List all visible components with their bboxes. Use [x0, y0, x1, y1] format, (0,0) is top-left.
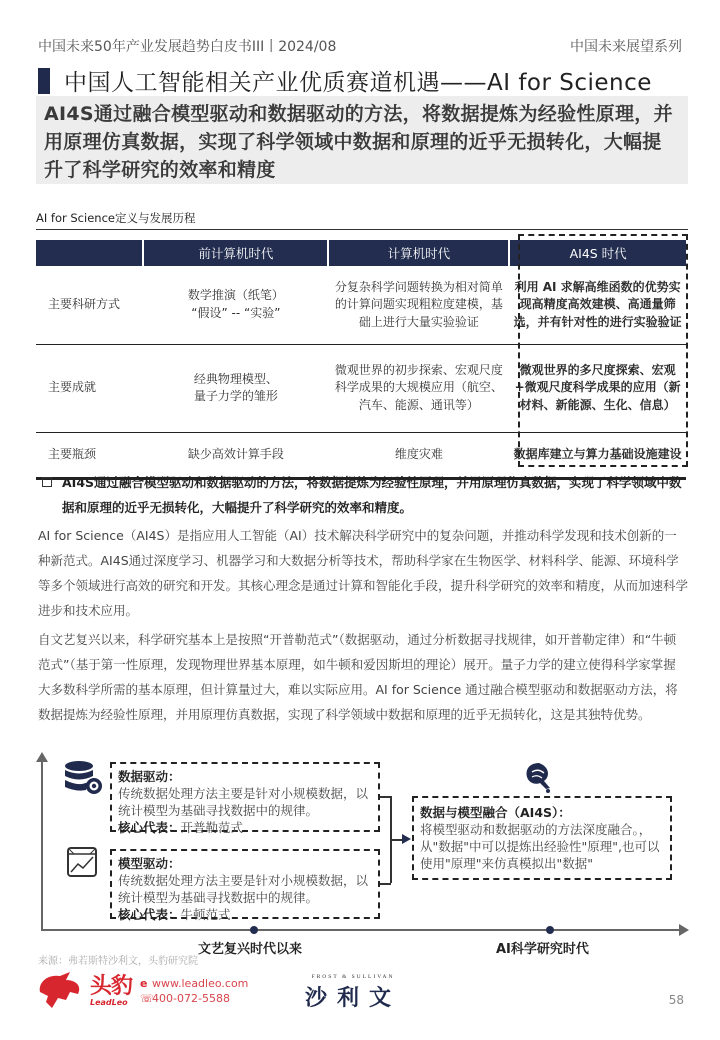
title-accent-bar	[38, 68, 50, 94]
timeline-dot	[546, 926, 554, 934]
database-gear-icon	[64, 760, 104, 800]
comparison-table-wrap: 前计算机时代 计算机时代 AI4S 时代 主要科研方式 数学推演（纸笔） “假设…	[36, 240, 686, 480]
table-header-pre-computer: 前计算机时代	[143, 240, 328, 266]
phone-number: 400-072-5588	[152, 992, 230, 1005]
x-axis	[41, 929, 681, 931]
source-note: 来源：弗若斯特沙利文，头豹研究院	[38, 952, 198, 967]
leadleo-en-name: LeadLeo	[90, 998, 132, 1007]
key-point-bullet: AI4S通过融合模型驱动和数据驱动的方法，将数据提炼为经验性原理，并用原理仿真数…	[40, 470, 690, 520]
leadleo-logo: 头豹 LeadLeo ewww.leadleo.com ☏400-072-558…	[36, 970, 248, 1012]
report-title: 中国未来50年产业发展趋势白皮书III丨2024/08	[38, 36, 336, 56]
y-axis	[41, 760, 43, 930]
row-label: 主要科研方式	[36, 266, 143, 344]
data-driven-title: 数据驱动：	[118, 769, 181, 784]
model-driven-rep-label: 核心代表：	[118, 907, 181, 922]
cell-ai4s: 利用 AI 求解高维函数的优势实现高精度高效建模、高通量筛选，并有针对性的进行实…	[509, 266, 686, 344]
data-driven-desc: 传统数据处理方法主要是针对小规模数据，以统计模型为基础寻找数据中的规律。	[118, 786, 368, 818]
page-number: 58	[669, 993, 684, 1007]
cell-computer: 微观世界的初步探索、宏观尺度科学成果的大规模应用（航空、汽车、能源、通讯等）	[328, 344, 509, 432]
data-driven-box: 数据驱动： 传统数据处理方法主要是针对小规模数据，以统计模型为基础寻找数据中的规…	[110, 762, 380, 832]
summary-text: AI4S通过融合模型驱动和数据驱动的方法，将数据提炼为经验性原理，并用原理仿真数…	[44, 100, 680, 184]
checkbox-bullet-icon	[42, 477, 52, 487]
cell-text: 数学推演（纸笔） “假设” -- “实验”	[188, 288, 284, 320]
paragraph-definition: AI for Science（AI4S）是指应用人工智能（AI）技术解决科学研究…	[38, 523, 688, 623]
frost-sullivan-logo: FROST & SULLIVAN 沙利文	[305, 974, 401, 1012]
cell-text: 经典物理模型、 量子力学的雏形	[194, 372, 278, 404]
paradigm-diagram: 数据驱动： 传统数据处理方法主要是针对小规模数据，以统计模型为基础寻找数据中的规…	[36, 752, 690, 952]
x-axis-arrow-icon	[679, 924, 689, 936]
paragraph-history: 自文艺复兴以来，科学研究基本上是按照“开普勒范式”（数据驱动，通过分析数据寻找规…	[38, 627, 688, 727]
fs-en-name: FROST & SULLIVAN	[305, 974, 401, 980]
summary-box: AI4S通过融合模型驱动和数据驱动的方法，将数据提炼为经验性原理，并用原理仿真数…	[36, 96, 688, 184]
cell-pre-computer: 经典物理模型、 量子力学的雏形	[143, 344, 328, 432]
cell-ai4s: 微观世界的多尺度探索、宏观+微观尺度科学成果的应用（新材料、新能源、生化、信息）	[509, 344, 686, 432]
phone-icon: ☏	[140, 991, 152, 1006]
series-name: 中国未来展望系列	[570, 36, 682, 56]
key-point-text: AI4S通过融合模型驱动和数据驱动的方法，将数据提炼为经验性原理，并用原理仿真数…	[62, 475, 682, 515]
table-header-empty	[36, 240, 143, 266]
table-row: 主要科研方式 数学推演（纸笔） “假设” -- “实验” 分复杂科学问题转换为相…	[36, 266, 686, 344]
model-driven-desc: 传统数据处理方法主要是针对小规模数据，以统计模型为基础寻找数据中的规律。	[118, 873, 368, 905]
web-icon: e	[140, 976, 152, 991]
axis-label-renaissance: 文艺复兴时代以来	[198, 938, 302, 957]
table-header-row: 前计算机时代 计算机时代 AI4S 时代	[36, 240, 686, 266]
table-header-computer: 计算机时代	[328, 240, 509, 266]
page-title: 中国人工智能相关产业优质赛道机遇——AI for Science	[64, 64, 652, 97]
cell-computer: 分复杂科学问题转换为相对简单的计算问题实现粗粒度建模，基础上进行大量实验验证	[328, 266, 509, 344]
leopard-logo-icon	[36, 970, 86, 1012]
website-link[interactable]: www.leadleo.com	[152, 977, 248, 990]
table-header-ai4s: AI4S 时代	[509, 240, 686, 266]
contact-info: ewww.leadleo.com ☏400-072-5588	[140, 976, 248, 1006]
arrow-right-icon	[402, 834, 411, 844]
model-driven-rep-value: 牛顿范式	[181, 907, 231, 922]
fs-cn-name: 沙利文	[305, 981, 401, 1012]
data-driven-rep-value: 开普勒范式	[181, 820, 244, 835]
model-driven-box: 模型驱动： 传统数据处理方法主要是针对小规模数据，以统计模型为基础寻找数据中的规…	[110, 849, 380, 919]
comparison-table: 前计算机时代 计算机时代 AI4S 时代 主要科研方式 数学推演（纸笔） “假设…	[36, 240, 686, 480]
page-title-row: 中国人工智能相关产业优质赛道机遇——AI for Science	[38, 64, 682, 97]
axis-label-ai-era: AI科学研究时代	[496, 938, 589, 957]
data-driven-rep-label: 核心代表：	[118, 820, 181, 835]
brain-circuit-icon	[522, 760, 556, 798]
section-label: AI for Science定义与发展历程	[36, 210, 688, 230]
chart-window-icon	[66, 846, 98, 882]
model-driven-title: 模型驱动：	[118, 856, 181, 871]
fusion-box: 数据与模型融合（AI4S）： 将模型驱动和数据驱动的方法深度融合。，从"数据"中…	[412, 796, 672, 880]
fusion-title: 数据与模型融合（AI4S）：	[420, 805, 571, 820]
fusion-desc: 将模型驱动和数据驱动的方法深度融合。，从"数据"中可以提炼出经验性"原理",也可…	[420, 822, 659, 871]
leadleo-cn-name: 头豹	[90, 976, 132, 998]
timeline-dot	[250, 926, 258, 934]
row-label: 主要成就	[36, 344, 143, 432]
connector-line	[380, 883, 391, 885]
table-row: 主要成就 经典物理模型、 量子力学的雏形 微观世界的初步探索、宏观尺度科学成果的…	[36, 344, 686, 432]
cell-pre-computer: 数学推演（纸笔） “假设” -- “实验”	[143, 266, 328, 344]
page-header: 中国未来50年产业发展趋势白皮书III丨2024/08 中国未来展望系列	[38, 36, 682, 56]
